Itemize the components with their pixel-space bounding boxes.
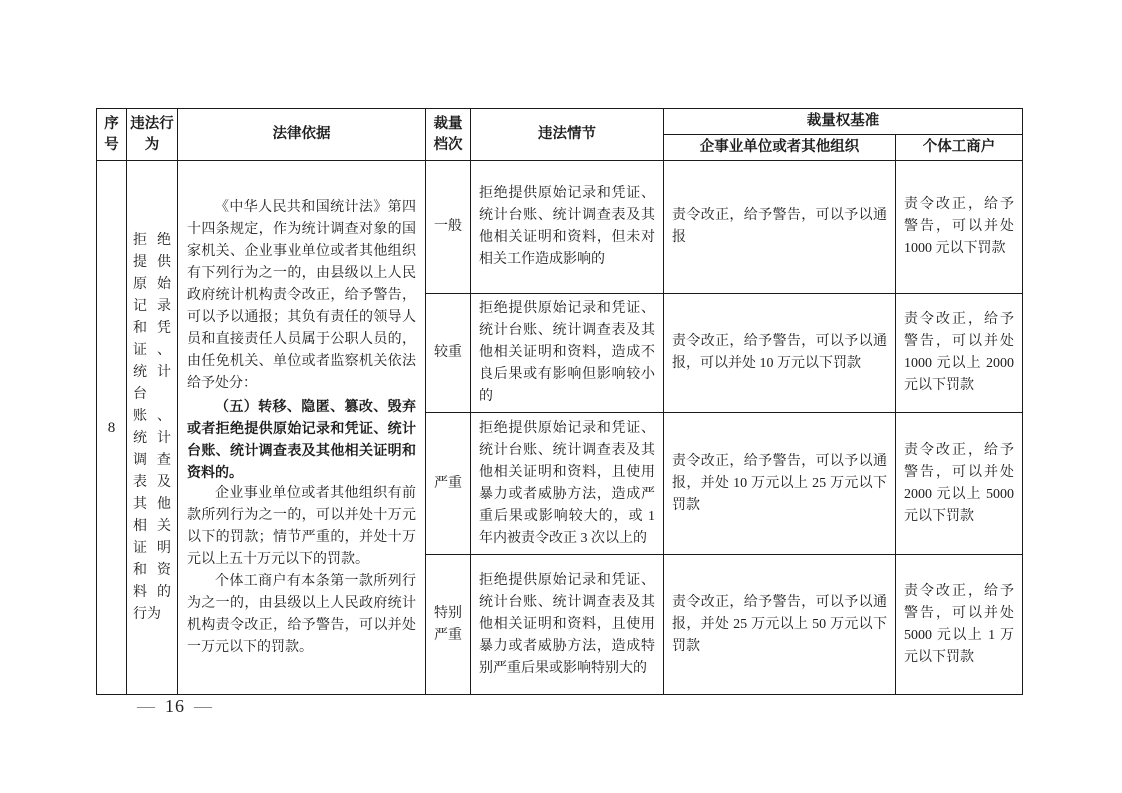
penalty-discretion-table: 序号 违法行为 法律依据 裁量档次 违法情节 裁量权基准 企事业单位或者其他组织…	[96, 108, 1023, 695]
header-cell-level: 裁量档次	[426, 109, 471, 161]
individual-penalty-cell-severe: 责令改正，给予警告，可以并处 2000 元以上 5000 元以下罚款	[896, 413, 1023, 555]
table-row: 8 拒绝提供原始记录和凭证、统计台账、统计调查表及其他相关证明和资料的行为 《中…	[97, 161, 1023, 294]
behavior-cell: 拒绝提供原始记录和凭证、统计台账、统计调查表及其他相关证明和资料的行为	[127, 161, 178, 695]
footer-dash-right: —	[185, 696, 222, 716]
level-cell-moderate: 较重	[426, 294, 471, 413]
org-penalty-cell-extremely-severe: 责令改正，给予警告，可以予以通报，并处 25 万元以上 50 万元以下罚款	[664, 555, 896, 695]
circumstance-cell-severe: 拒绝提供原始记录和凭证、统计台账、统计调查表及其他相关证明和资料，且使用暴力或者…	[471, 413, 664, 555]
header-cell-individual: 个体工商户	[896, 135, 1023, 161]
header-cell-org: 企事业单位或者其他组织	[664, 135, 896, 161]
level-cell-general: 一般	[426, 161, 471, 294]
circumstance-cell-moderate: 拒绝提供原始记录和凭证、统计台账、统计调查表及其他相关证明和资料，造成不良后果或…	[471, 294, 664, 413]
row-index-cell: 8	[97, 161, 127, 695]
circumstance-cell-general: 拒绝提供原始记录和凭证、统计台账、统计调查表及其他相关证明和资料，但未对相关工作…	[471, 161, 664, 294]
behavior-text: 拒绝提供原始记录和凭证、统计台账、统计调查表及其他相关证明和资料的行为	[133, 230, 171, 626]
individual-penalty-cell-moderate: 责令改正，给予警告，可以并处 1000 元以上 2000 元以下罚款	[896, 294, 1023, 413]
individual-penalty-cell-extremely-severe: 责令改正，给予警告，可以并处 5000 元以上 1 万元以下罚款	[896, 555, 1023, 695]
org-penalty-cell-severe: 责令改正，给予警告，可以予以通报，并处 10 万元以上 25 万元以下罚款	[664, 413, 896, 555]
footer-dash-left: —	[128, 696, 165, 716]
level-cell-extremely-severe: 特别严重	[426, 555, 471, 695]
footer-page-number: 16	[165, 696, 185, 716]
header-cell-legal-basis: 法律依据	[178, 109, 426, 161]
header-cell-behavior: 违法行为	[127, 109, 178, 161]
circumstance-cell-extremely-severe: 拒绝提供原始记录和凭证、统计台账、统计调查表及其他相关证明和资料，且使用暴力或者…	[471, 555, 664, 695]
org-penalty-cell-moderate: 责令改正，给予警告，可以予以通报，可以并处 10 万元以下罚款	[664, 294, 896, 413]
level-cell-severe: 严重	[426, 413, 471, 555]
header-cell-benchmark: 裁量权基准	[664, 109, 1023, 135]
page-footer: —16—	[128, 696, 222, 717]
legal-basis-cell: 《中华人民共和国统计法》第四十四条规定，作为统计调查对象的国家机关、企业事业单位…	[178, 161, 426, 695]
legal-basis-paragraph-4: 个体工商户有本条第一款所列行为之一的，由县级以上人民政府统计机构责令改正，给予警…	[187, 571, 416, 659]
legal-basis-paragraph-1: 《中华人民共和国统计法》第四十四条规定，作为统计调查对象的国家机关、企业事业单位…	[187, 197, 416, 395]
individual-penalty-cell-general: 责令改正，给予警告，可以并处 1000 元以下罚款	[896, 161, 1023, 294]
legal-basis-paragraph-2: （五）转移、隐匿、篡改、毁弃或者拒绝提供原始记录和凭证、统计台账、统计调查表及其…	[187, 395, 416, 483]
legal-basis-paragraph-3: 企业事业单位或者其他组织有前款所列行为之一的，可以并处十万元以下的罚款；情节严重…	[187, 483, 416, 571]
header-cell-index: 序号	[97, 109, 127, 161]
document-page: 序号 违法行为 法律依据 裁量档次 违法情节 裁量权基准 企事业单位或者其他组织…	[0, 0, 1122, 793]
header-cell-circumstances: 违法情节	[471, 109, 664, 161]
org-penalty-cell-general: 责令改正，给予警告，可以予以通报	[664, 161, 896, 294]
